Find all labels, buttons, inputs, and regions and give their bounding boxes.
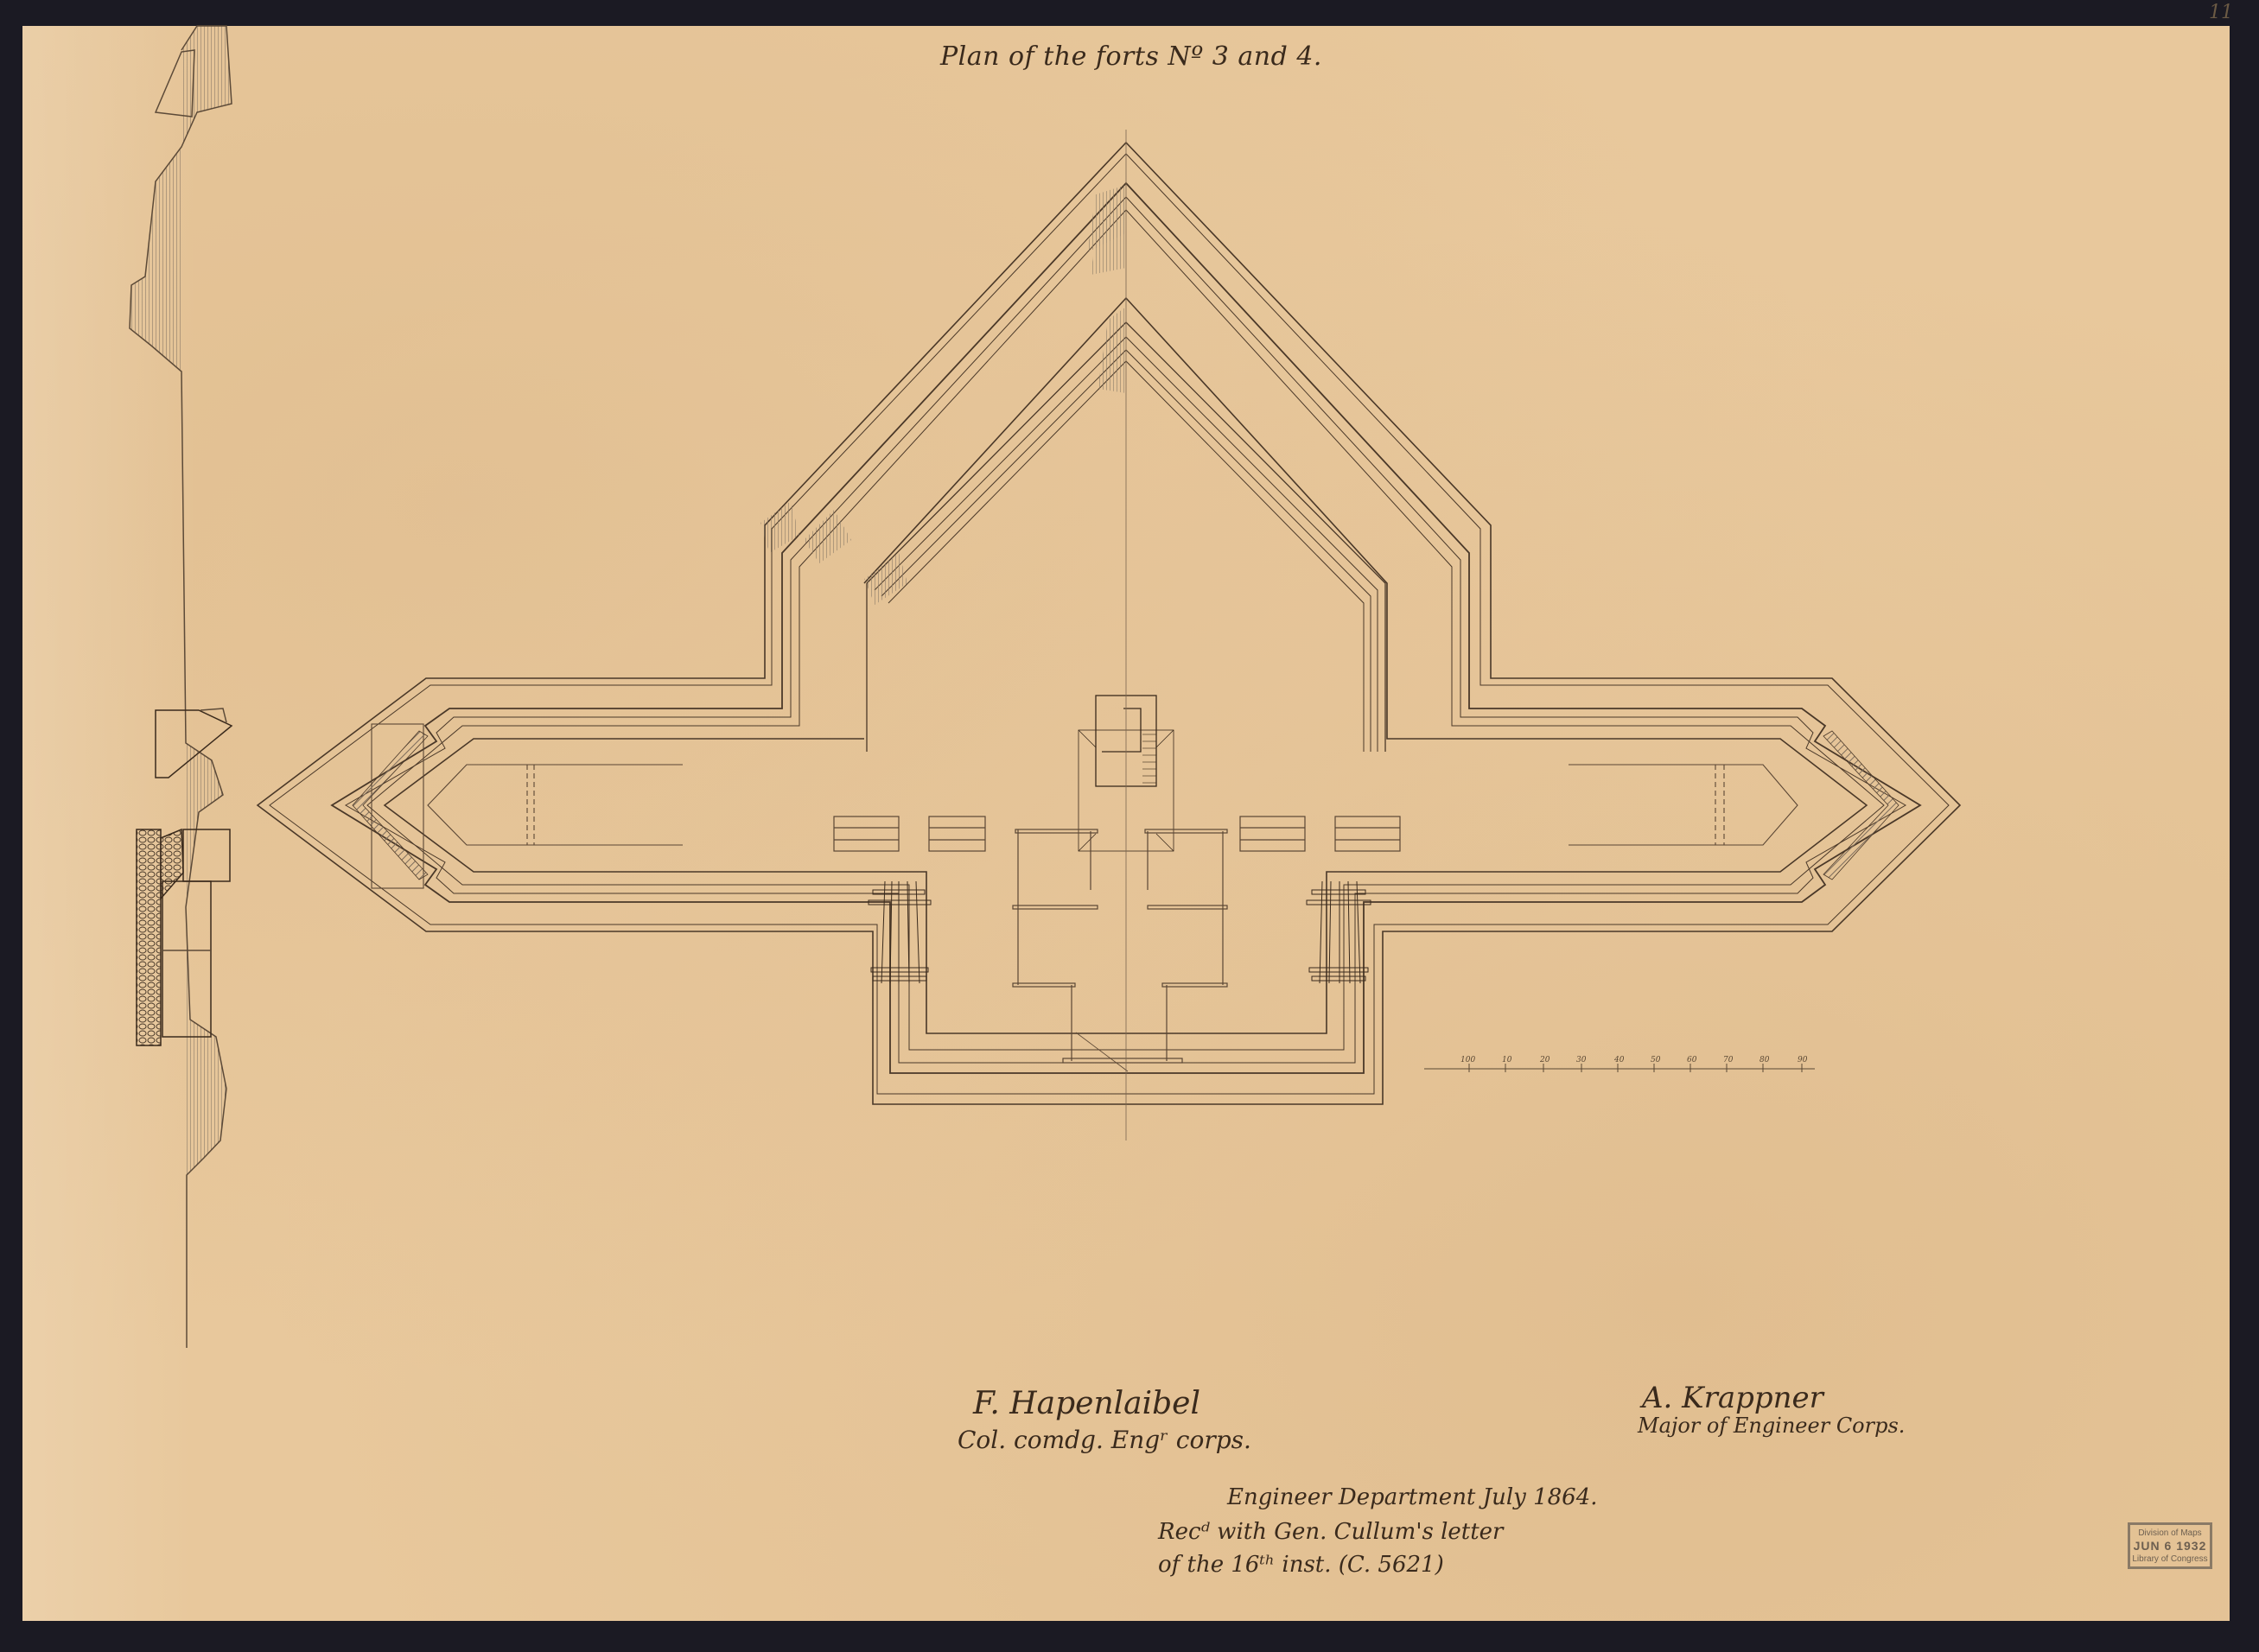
scale-tick-label: 50 xyxy=(1651,1056,1660,1064)
library-stamp: Division of Maps JUN 6 1932 Library of C… xyxy=(2128,1522,2212,1569)
sheet-number: 11 xyxy=(2209,2,2233,23)
west-gate-bridge xyxy=(869,881,931,983)
signature-colonel-name: F. Hapenlaibel xyxy=(973,1386,1200,1421)
scale-tick-label: 30 xyxy=(1576,1056,1586,1064)
stamp-division: Division of Maps xyxy=(2130,1527,2210,1540)
west-casemate xyxy=(372,724,683,888)
signature-major-name: A. Krappner xyxy=(1642,1381,1823,1415)
scale-tick-label: 70 xyxy=(1723,1056,1733,1064)
annotation-line-2: Recᵈ with Gen. Cullum's letter xyxy=(1158,1519,1503,1545)
signature-major-title: Major of Engineer Corps. xyxy=(1638,1414,1905,1438)
annotation-line-1: Engineer Department July 1864. xyxy=(1227,1484,1598,1510)
stamp-library: Library of Congress xyxy=(2130,1553,2210,1566)
scale-tick-label: 100 xyxy=(1460,1056,1475,1064)
scale-tick-label: 60 xyxy=(1687,1056,1696,1064)
scale-tick-label: 90 xyxy=(1798,1056,1807,1064)
stamp-date: JUN 6 1932 xyxy=(2130,1540,2210,1553)
signature-colonel-title: Col. comdg. Engʳ corps. xyxy=(958,1426,1251,1454)
scale-bar-labels: 100 10 20 30 40 50 60 70 80 90 xyxy=(1435,1056,1798,1070)
east-casemate xyxy=(1569,765,1798,845)
east-gate-bridge xyxy=(1307,881,1371,983)
cross-section-profile xyxy=(130,26,232,1348)
fort-outer-ramparts xyxy=(258,143,1960,1104)
annotation-line-3: of the 16ᵗʰ inst. (C. 5621) xyxy=(1158,1552,1444,1578)
scale-tick-label: 10 xyxy=(1502,1056,1511,1064)
scale-tick-label: 20 xyxy=(1540,1056,1549,1064)
plan-title: Plan of the forts Nº 3 and 4. xyxy=(940,41,1322,72)
scale-tick-label: 40 xyxy=(1614,1056,1624,1064)
brick-walls xyxy=(353,731,1899,880)
scale-tick-label: 80 xyxy=(1759,1056,1769,1064)
